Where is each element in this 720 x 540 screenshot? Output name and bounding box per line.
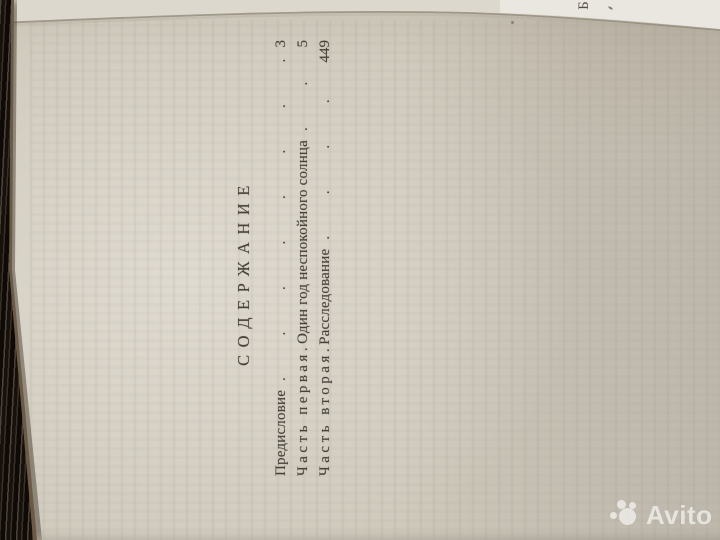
toc-title: СОДЕРЖАНИЕ xyxy=(230,52,254,492)
entry-head: Часть вторая. xyxy=(314,345,336,476)
avito-logo-icon xyxy=(610,497,646,529)
leader-dots: . . . . . . xyxy=(292,50,314,140)
page-number: 449 xyxy=(314,40,336,65)
toc-entry-part-two: Часть вторая. Расследование . . . . . . … xyxy=(314,40,336,476)
page-number: 5 xyxy=(292,40,314,50)
book-photo: Б СОДЕРЖАНИЕ Предисловие . . . . . . . .… xyxy=(0,0,720,540)
running-head-fragment: Б xyxy=(576,1,593,10)
leader-dots: . . . . . . . . . . . . . . . xyxy=(270,50,292,390)
page-showthrough-texture xyxy=(30,20,720,540)
wood-table xyxy=(0,0,40,540)
toc-entry-part-one: Часть первая. Один год неспокойного солн… xyxy=(292,40,314,476)
entry-label: Один год неспокойного солнца xyxy=(292,140,314,344)
dust-speck xyxy=(511,21,514,24)
leader-dots: . . . . . . . . . . xyxy=(314,65,336,249)
entry-label: Расследование xyxy=(314,249,336,345)
page-number: 3 xyxy=(270,40,292,50)
avito-circle-icon xyxy=(610,512,617,519)
page-top-edge xyxy=(0,0,720,38)
toc-entry-preface: Предисловие . . . . . . . . . . . . . . … xyxy=(270,40,292,476)
avito-circle-icon xyxy=(619,508,636,525)
entry-head: Часть первая. xyxy=(292,344,314,476)
toc-entries: Предисловие . . . . . . . . . . . . . . … xyxy=(270,40,336,480)
entry-label: Предисловие xyxy=(270,390,292,476)
table-of-contents: СОДЕРЖАНИЕ Предисловие . . . . . . . . .… xyxy=(230,40,345,480)
avito-watermark: Avito xyxy=(610,497,713,530)
avito-wordmark: Avito xyxy=(646,497,713,530)
